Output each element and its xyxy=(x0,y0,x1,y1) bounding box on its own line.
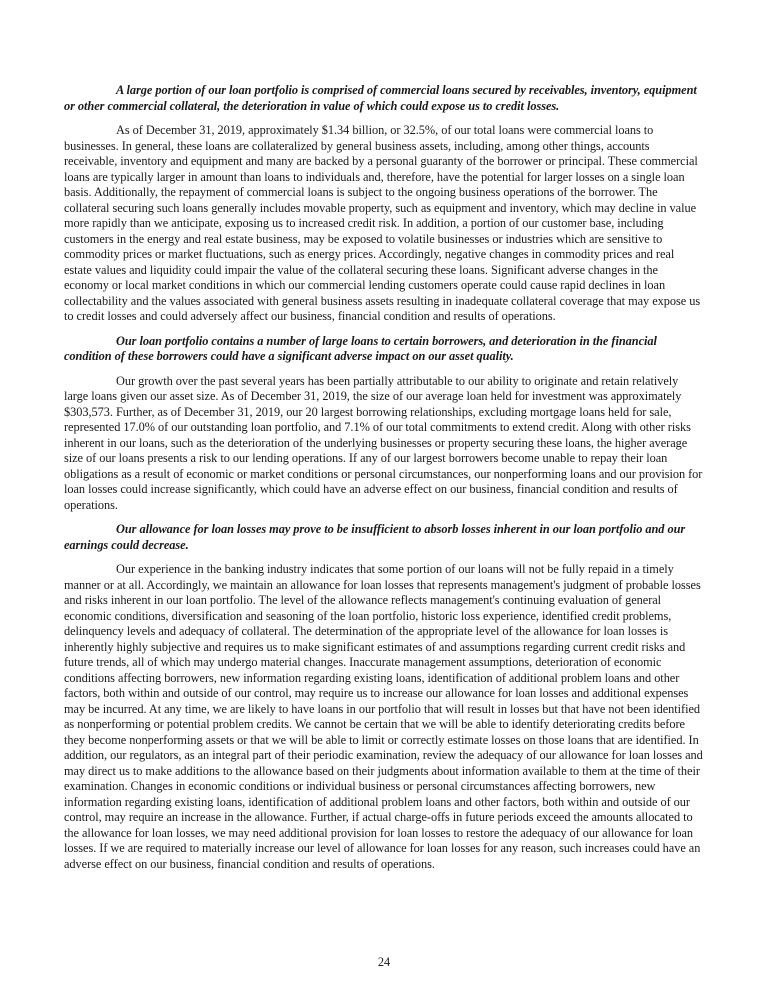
section-body: Our experience in the banking industry i… xyxy=(64,562,704,872)
risk-factor-commercial-loans: A large portion of our loan portfolio is… xyxy=(64,83,704,325)
section-body: Our growth over the past several years h… xyxy=(64,374,704,514)
risk-factor-allowance-loan-losses: Our allowance for loan losses may prove … xyxy=(64,522,704,872)
section-heading: A large portion of our loan portfolio is… xyxy=(64,83,704,114)
section-body: As of December 31, 2019, approximately $… xyxy=(64,123,704,325)
section-heading: Our allowance for loan losses may prove … xyxy=(64,522,704,553)
risk-factor-large-loans: Our loan portfolio contains a number of … xyxy=(64,334,704,514)
section-heading: Our loan portfolio contains a number of … xyxy=(64,334,704,365)
document-page: A large portion of our loan portfolio is… xyxy=(64,83,704,881)
page-number: 24 xyxy=(0,955,768,970)
